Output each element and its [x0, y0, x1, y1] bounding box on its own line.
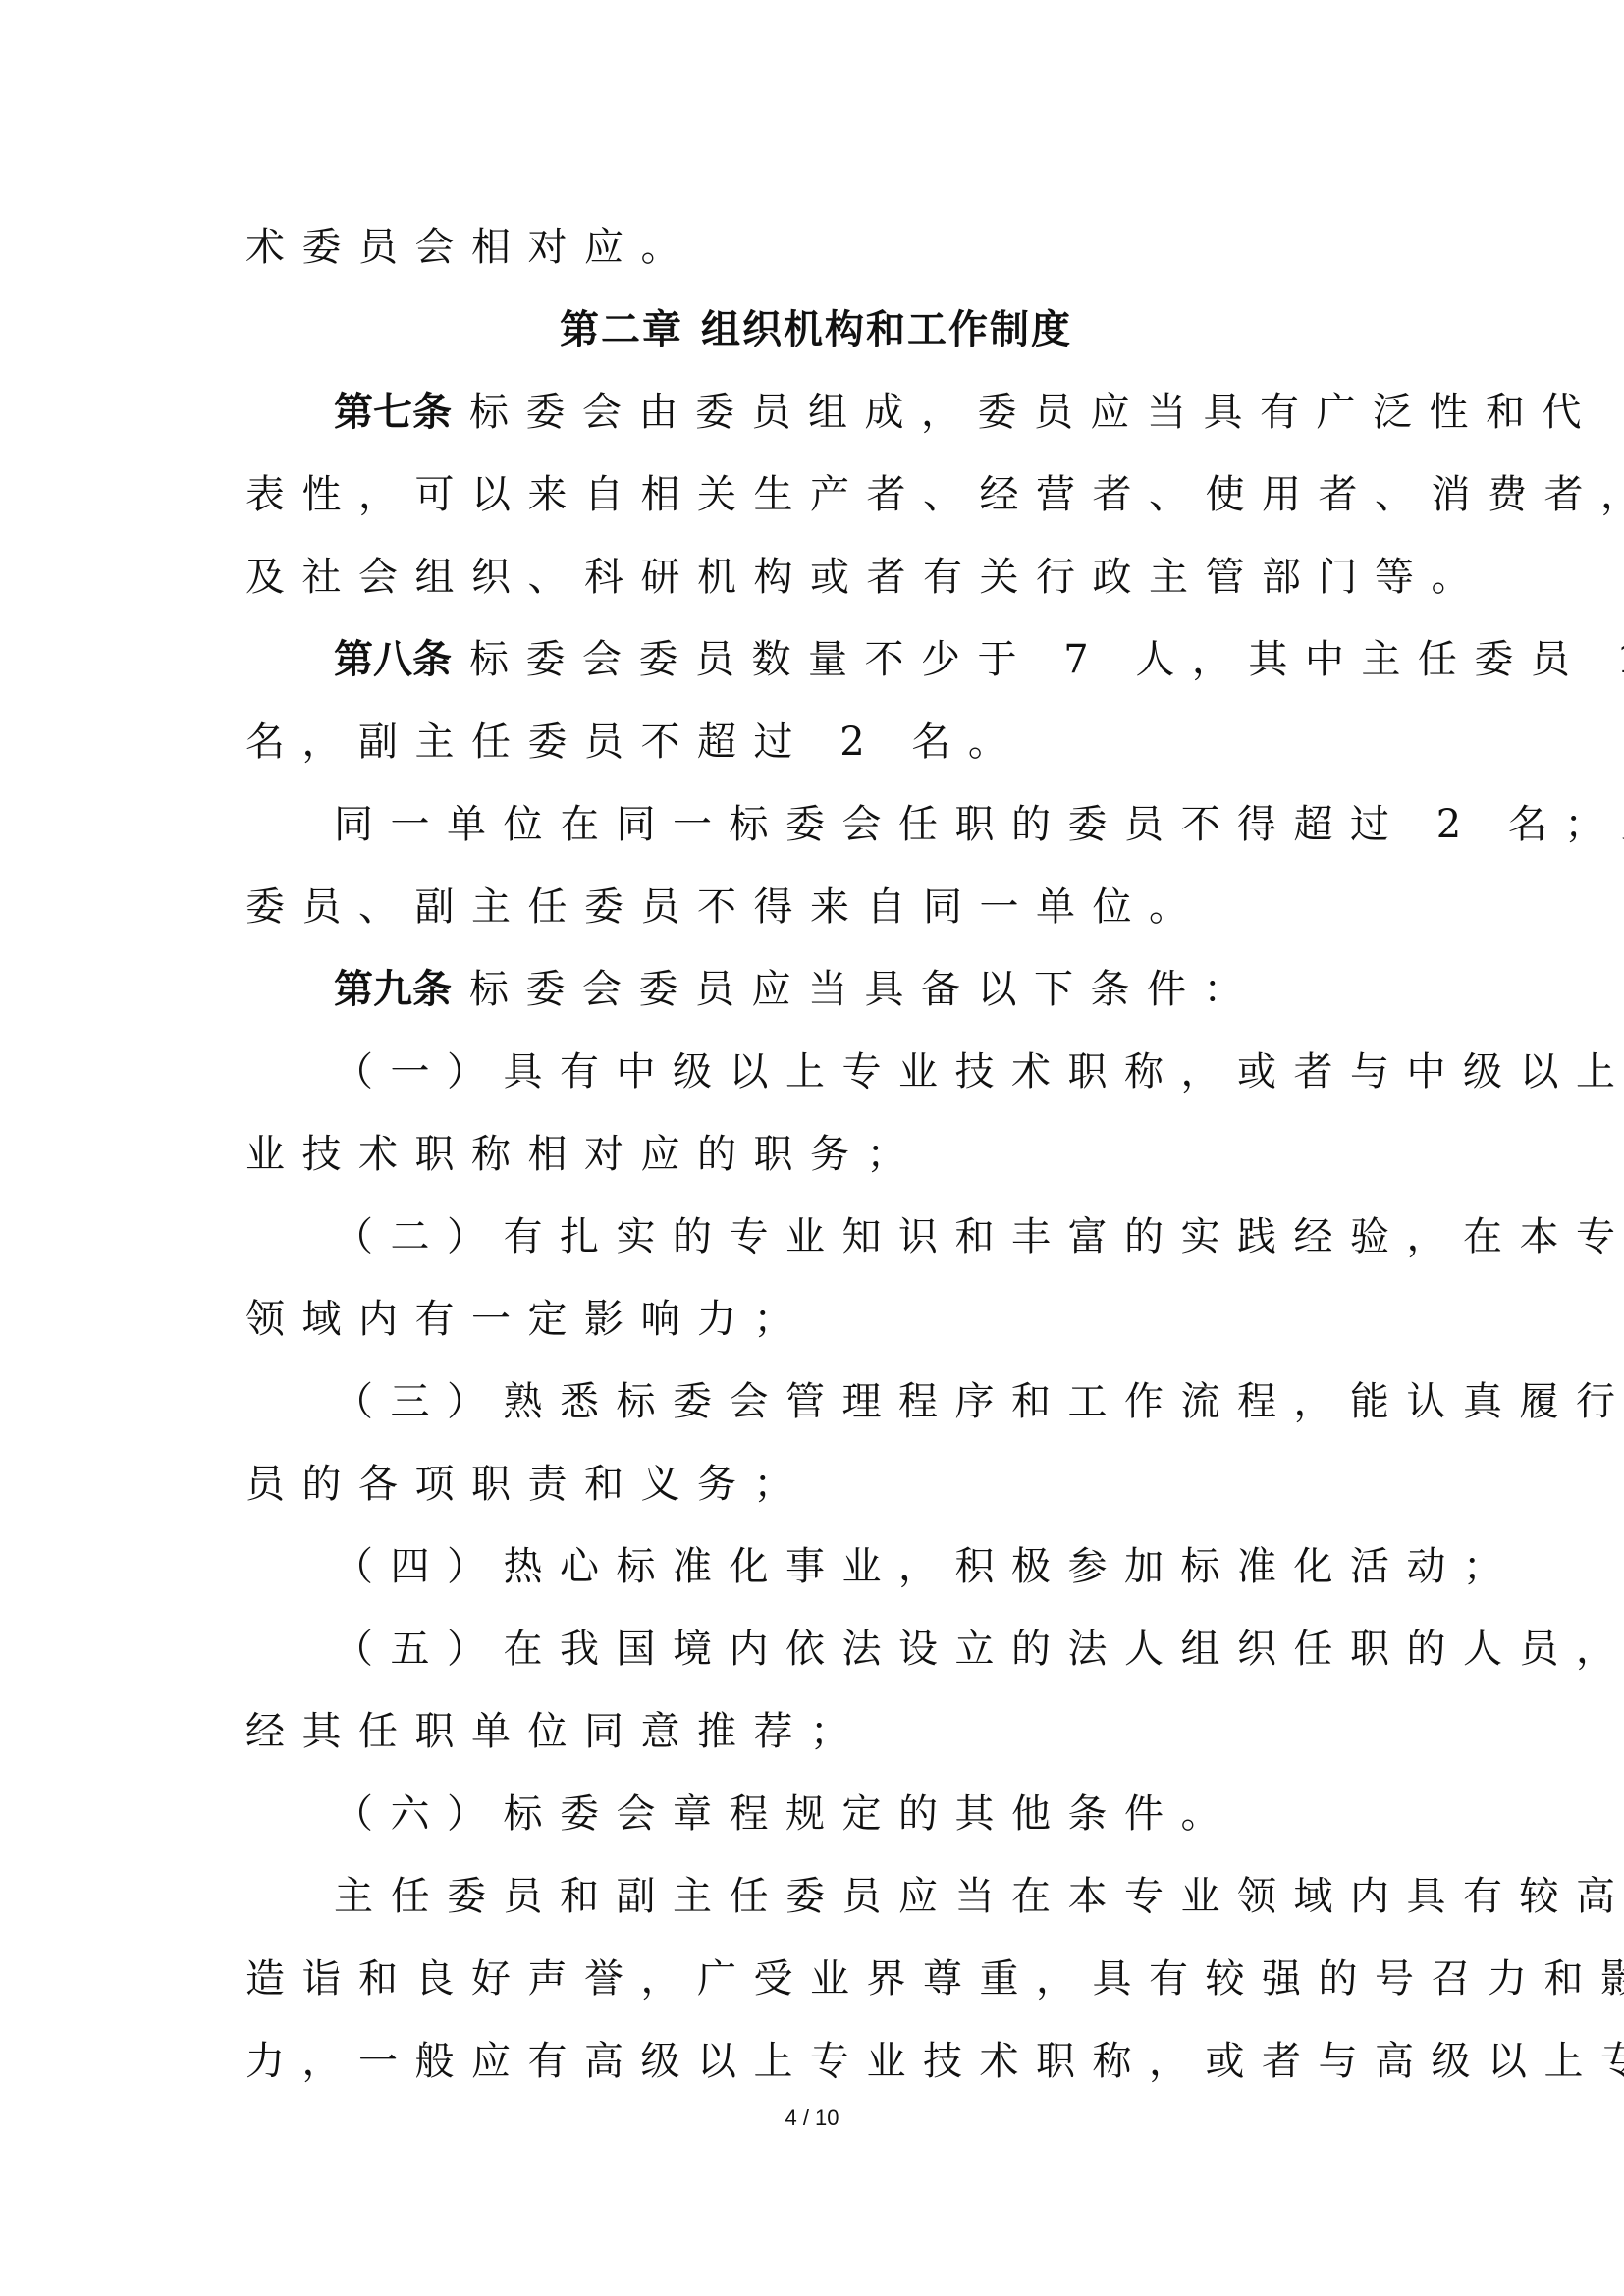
condition-1-line-2: 业技术职称相对应的职务；	[245, 1113, 1386, 1196]
condition-1-line-1: （一）具有中级以上专业技术职称，或者与中级以上专	[245, 1031, 1386, 1113]
closing-paragraph-line-2: 造诣和良好声誉，广受业界尊重，具有较强的号召力和影响	[245, 1938, 1386, 2020]
document-page: 术委员会相对应。 第二章组织机构和工作制度 第七条标委会由委员组成，委员应当具有…	[245, 206, 1386, 2103]
chapter-number: 第二章	[560, 307, 683, 352]
page-number: 4 / 10	[0, 2106, 1624, 2131]
article-8-line-2: 名，副主任委员不超过 2 名。	[245, 701, 1386, 783]
continuation-line: 术委员会相对应。	[245, 206, 1386, 289]
article-text: 标委会由委员组成，委员应当具有广泛性和代	[469, 390, 1598, 435]
article-7-line-1: 第七条标委会由委员组成，委员应当具有广泛性和代	[245, 371, 1386, 454]
article-label: 第八条	[334, 637, 452, 682]
condition-3-line-1: （三）熟悉标委会管理程序和工作流程，能认真履行委	[245, 1361, 1386, 1443]
article-text: 标委会委员应当具备以下条件：	[469, 967, 1260, 1012]
article-label: 第九条	[334, 967, 452, 1012]
chapter-heading: 第二章组织机构和工作制度	[245, 289, 1386, 371]
condition-2-line-2: 领域内有一定影响力；	[245, 1278, 1386, 1361]
article-9-line-1: 第九条标委会委员应当具备以下条件：	[245, 948, 1386, 1031]
article-7-line-2: 表性，可以来自相关生产者、经营者、使用者、消费者，以	[245, 454, 1386, 536]
article-label: 第七条	[334, 390, 452, 435]
article-text: 标委会委员数量不少于 7 人，其中主任委员 1	[469, 637, 1624, 682]
closing-paragraph-line-1: 主任委员和副主任委员应当在本专业领域内具有较高	[245, 1855, 1386, 1938]
condition-6-line-1: （六）标委会章程规定的其他条件。	[245, 1773, 1386, 1855]
article-8-para2-line-2: 委员、副主任委员不得来自同一单位。	[245, 866, 1386, 948]
condition-4-line-1: （四）热心标准化事业，积极参加标准化活动；	[245, 1525, 1386, 1608]
closing-paragraph-line-3: 力，一般应有高级以上专业技术职称，或者与高级以上专业	[245, 2020, 1386, 2103]
chapter-title: 组织机构和工作制度	[701, 307, 1072, 352]
condition-5-line-1: （五）在我国境内依法设立的法人组织任职的人员，并	[245, 1608, 1386, 1690]
condition-3-line-2: 员的各项职责和义务；	[245, 1443, 1386, 1525]
article-8-line-1: 第八条标委会委员数量不少于 7 人，其中主任委员 1	[245, 618, 1386, 701]
article-8-para2-line-1: 同一单位在同一标委会任职的委员不得超过 2 名；主任	[245, 783, 1386, 866]
condition-5-line-2: 经其任职单位同意推荐；	[245, 1690, 1386, 1773]
condition-2-line-1: （二）有扎实的专业知识和丰富的实践经验，在本专业	[245, 1196, 1386, 1278]
article-7-line-3: 及社会组织、科研机构或者有关行政主管部门等。	[245, 536, 1386, 618]
